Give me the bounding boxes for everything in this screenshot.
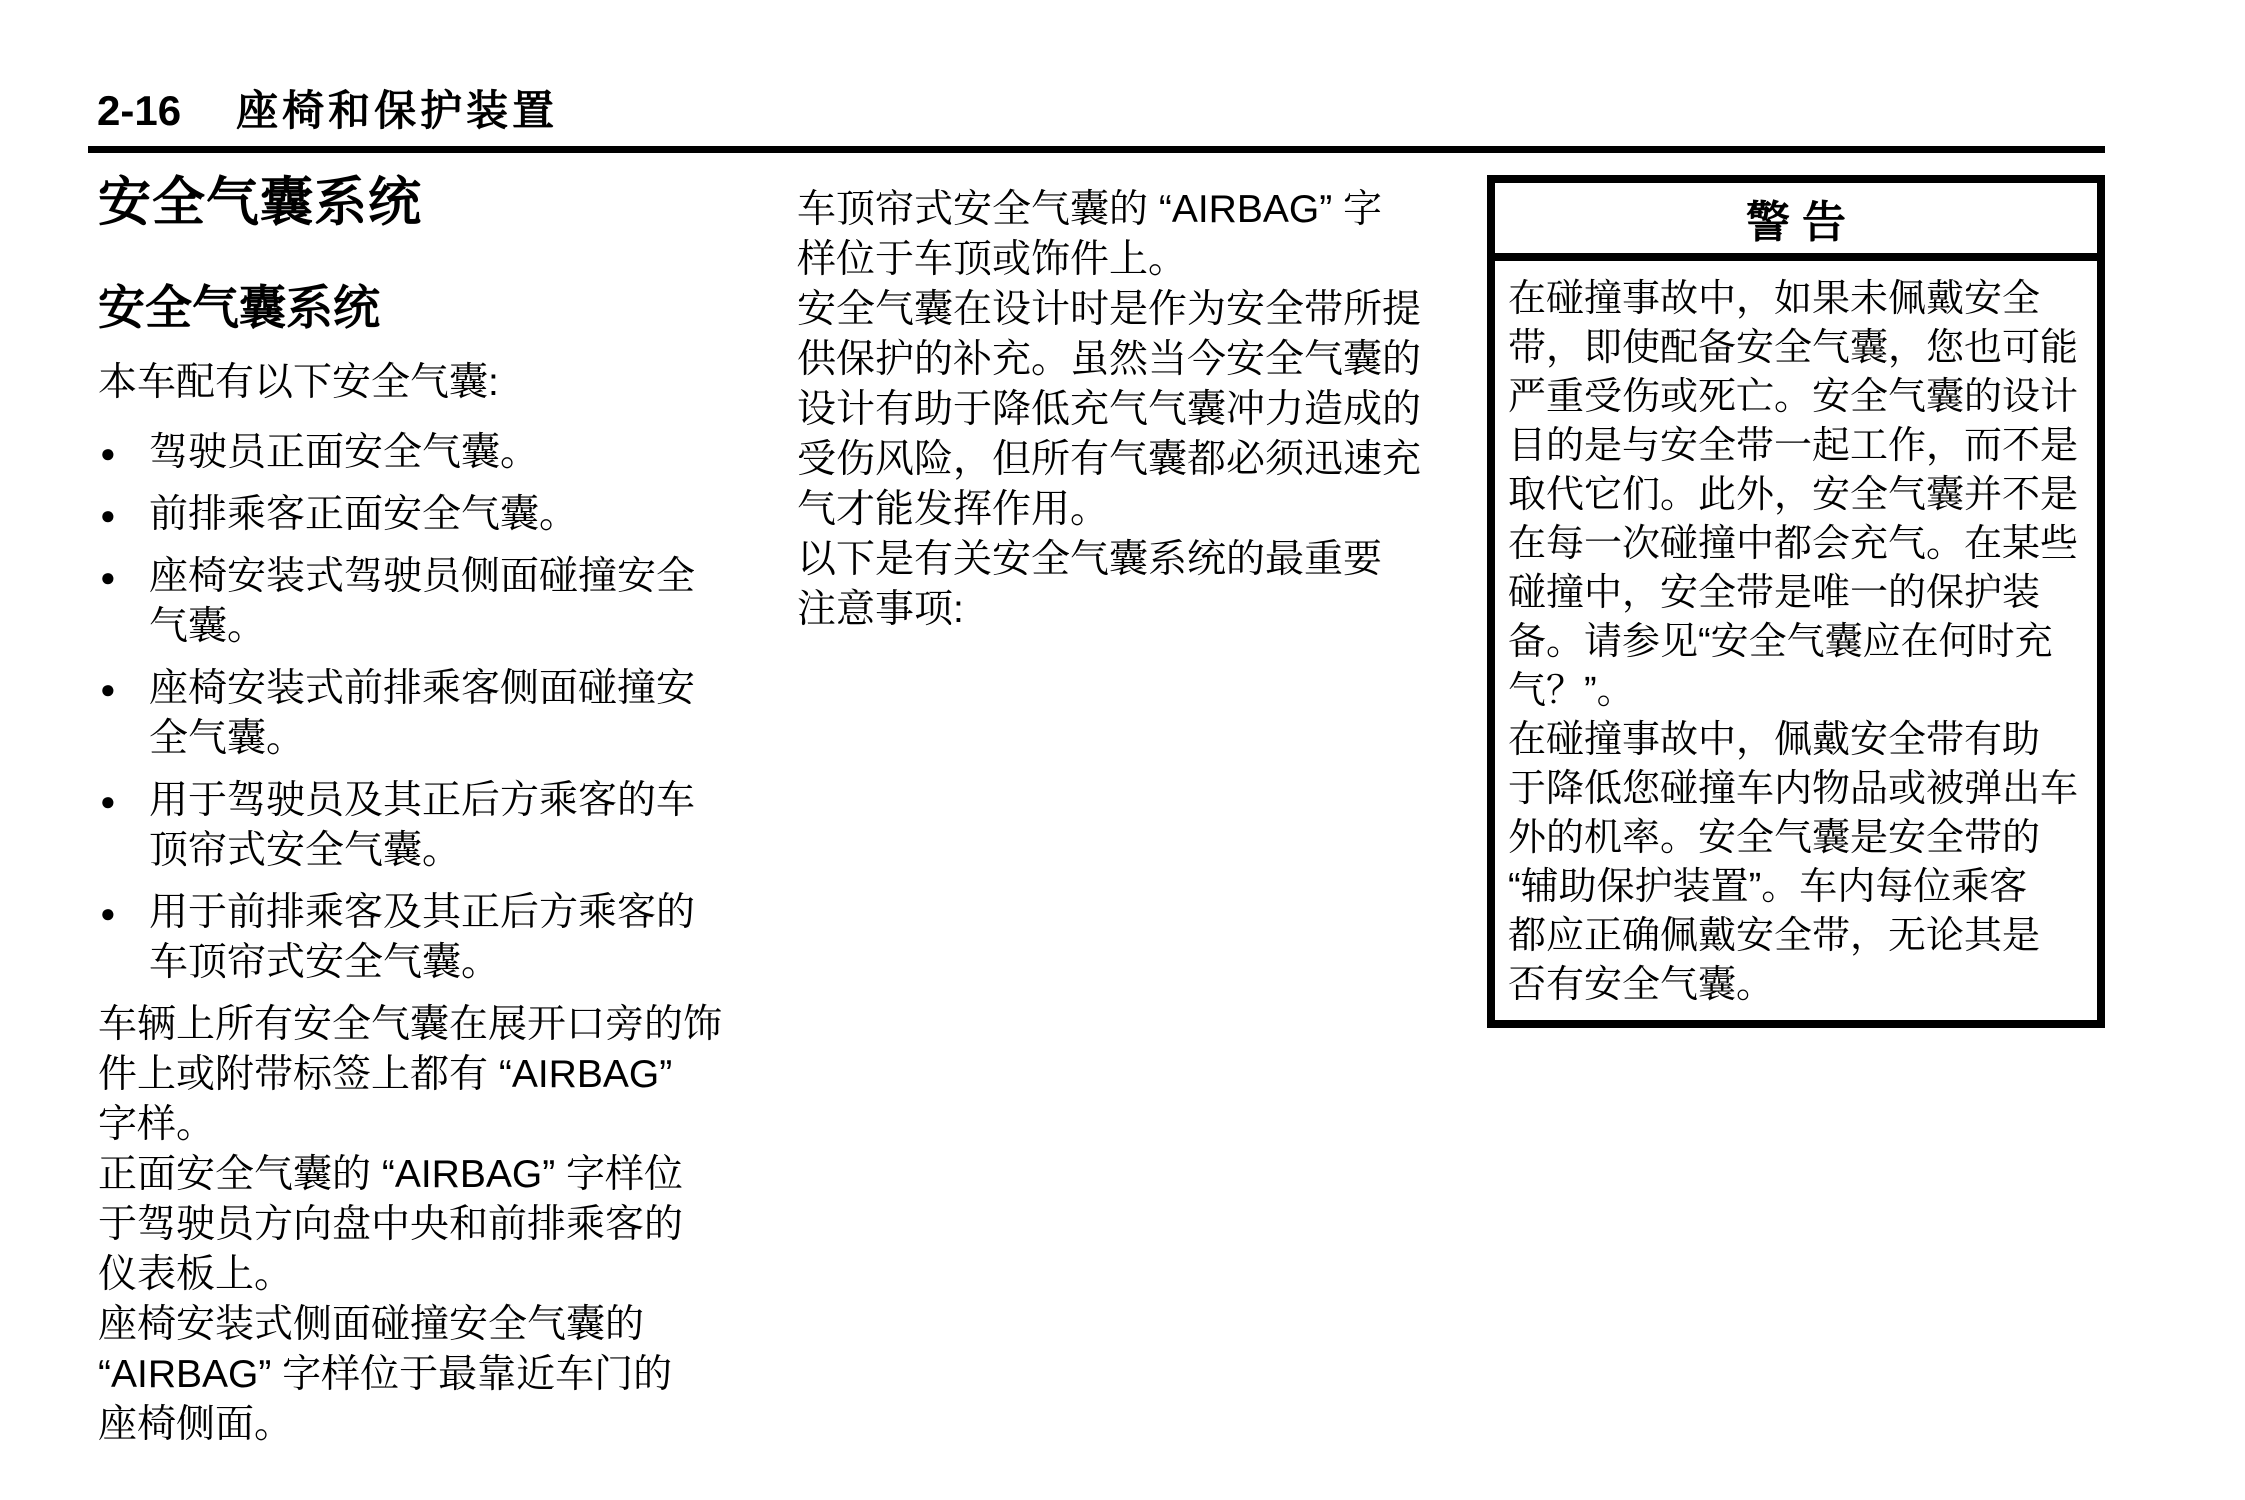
section-heading: 安全气囊系统 <box>98 280 758 336</box>
bullet-icon: ● <box>98 428 149 478</box>
warning-box: 警告 在碰撞事故中，如果未佩戴安全 带，即使配备安全气囊，您也可能 严重受伤或死… <box>1487 175 2105 1028</box>
list-item-text: 座椅安装式前排乘客侧面碰撞安 全气囊。 <box>149 664 695 764</box>
intro-text: 本车配有以下安全气囊: <box>98 358 758 408</box>
warning-content: 在碰撞事故中，如果未佩戴安全 带，即使配备安全气囊，您也可能 严重受伤或死亡。安… <box>1495 261 2097 1010</box>
bullet-icon: ● <box>98 776 149 876</box>
warning-paragraph: 在碰撞事故中，佩戴安全带有助 于降低您碰撞车内物品或被弹出车 外的机率。安全气囊… <box>1508 716 2085 1010</box>
bullet-icon: ● <box>98 664 149 764</box>
airbag-list: ● 驾驶员正面安全气囊。 ● 前排乘客正面安全气囊。 ● 座椅安装式驾驶员侧面碰… <box>98 428 758 988</box>
left-paragraphs: 车辆上所有安全气囊在展开口旁的饰 件上或附带标签上都有 “AIRBAG” 字样。… <box>98 1000 758 1450</box>
list-item: ● 用于前排乘客及其正后方乘客的 车顶帘式安全气囊。 <box>98 888 758 988</box>
bullet-icon: ● <box>98 888 149 988</box>
page-header: 2-16座椅和保护装置 <box>97 78 558 138</box>
paragraph: 车辆上所有安全气囊在展开口旁的饰 件上或附带标签上都有 “AIRBAG” 字样。 <box>98 1000 758 1150</box>
list-item-text: 用于驾驶员及其正后方乘客的车 顶帘式安全气囊。 <box>149 776 695 876</box>
list-item-text: 座椅安装式驾驶员侧面碰撞安全 气囊。 <box>149 552 695 652</box>
bullet-icon: ● <box>98 490 149 540</box>
list-item: ● 前排乘客正面安全气囊。 <box>98 490 758 540</box>
page-number: 2-16 <box>97 87 181 134</box>
list-item: ● 座椅安装式前排乘客侧面碰撞安 全气囊。 <box>98 664 758 764</box>
bullet-icon: ● <box>98 552 149 652</box>
list-item: ● 驾驶员正面安全气囊。 <box>98 428 758 478</box>
paragraph: 座椅安装式侧面碰撞安全气囊的 “AIRBAG” 字样位于最靠近车门的 座椅侧面。 <box>98 1300 758 1450</box>
page-title: 安全气囊系统 <box>98 172 758 234</box>
paragraph: 车顶帘式安全气囊的 “AIRBAG” 字 样位于车顶或饰件上。 <box>797 185 1457 285</box>
list-item: ● 座椅安装式驾驶员侧面碰撞安全 气囊。 <box>98 552 758 652</box>
list-item-text: 用于前排乘客及其正后方乘客的 车顶帘式安全气囊。 <box>149 888 695 988</box>
chapter-title: 座椅和保护装置 <box>236 87 558 134</box>
paragraph: 安全气囊在设计时是作为安全带所提 供保护的补充。虽然当今安全气囊的 设计有助于降… <box>797 285 1457 535</box>
list-item-text: 驾驶员正面安全气囊。 <box>149 428 539 478</box>
left-column: 安全气囊系统 安全气囊系统 本车配有以下安全气囊: ● 驾驶员正面安全气囊。 ●… <box>98 172 758 1450</box>
warning-paragraph: 在碰撞事故中，如果未佩戴安全 带，即使配备安全气囊，您也可能 严重受伤或死亡。安… <box>1508 275 2085 716</box>
middle-column: 车顶帘式安全气囊的 “AIRBAG” 字 样位于车顶或饰件上。 安全气囊在设计时… <box>797 185 1457 635</box>
paragraph: 以下是有关安全气囊系统的最重要 注意事项: <box>797 535 1457 635</box>
warning-title: 警告 <box>1495 183 2097 261</box>
list-item-text: 前排乘客正面安全气囊。 <box>149 490 578 540</box>
header-rule <box>88 146 2105 153</box>
paragraph: 正面安全气囊的 “AIRBAG” 字样位 于驾驶员方向盘中央和前排乘客的 仪表板… <box>98 1150 758 1300</box>
list-item: ● 用于驾驶员及其正后方乘客的车 顶帘式安全气囊。 <box>98 776 758 876</box>
